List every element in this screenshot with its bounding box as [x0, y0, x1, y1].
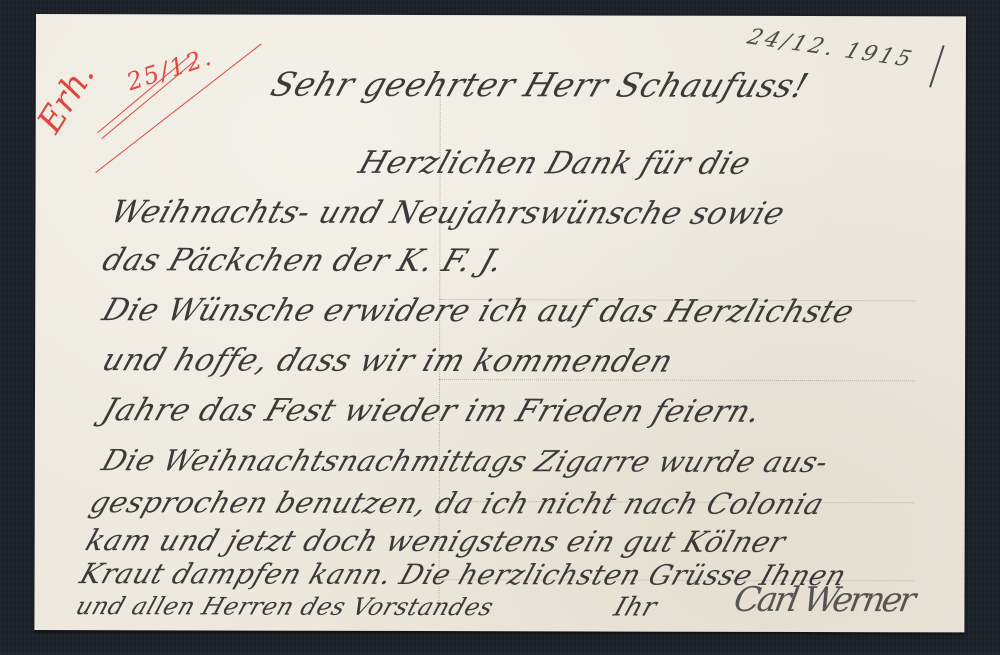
body-line: Die Weihnachtsnachmittags Zigarre wurde … [97, 440, 834, 482]
signature: Carl Werner [731, 580, 916, 620]
date-bracket-mark [929, 45, 945, 87]
postcard: 24/12. 1915 Erh. 25/12. Sehr geehrter He… [34, 14, 966, 632]
body-line: das Päckchen der K. F. J. [97, 240, 508, 281]
body-line: Jahre das Fest wieder im Frieden feiern. [97, 390, 767, 432]
body-line: und hoffe, dass wir im kommenden [97, 340, 678, 381]
body-line: Die Wünsche erwidere ich auf das Herzlic… [97, 290, 859, 332]
body-line: Herzlichen Dank für die [354, 143, 757, 184]
received-annotation-label: Erh. [30, 56, 103, 140]
salutation: Sehr geehrter Herr Schaufuss! [266, 65, 814, 106]
body-line: gesprochen benutzen, da ich nicht nach C… [85, 482, 830, 524]
body-line: und allen Herren des Vorstandes [70, 586, 499, 627]
body-line: Weihnachts- und Neujahrswünsche sowie [105, 192, 790, 234]
